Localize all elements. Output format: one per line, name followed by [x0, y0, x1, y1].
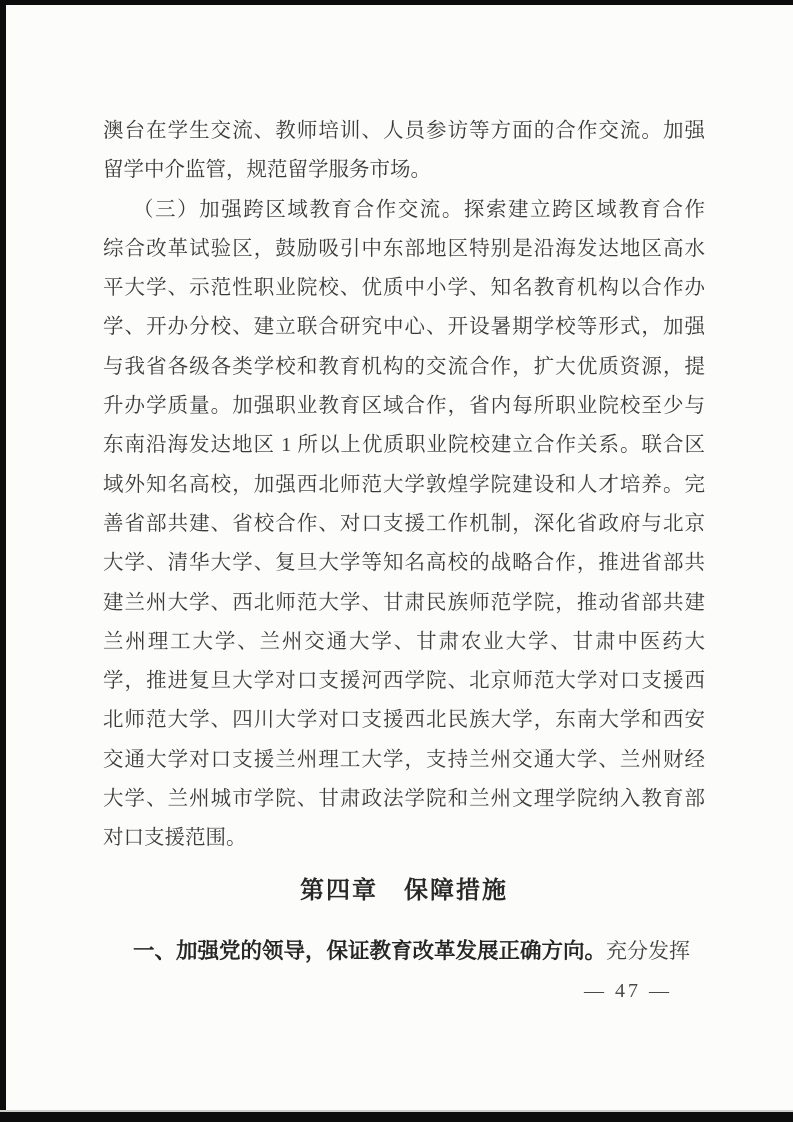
body-line: 大学、兰州城市学院、甘肃政法学院和兰州文理学院纳入教育部	[103, 780, 705, 819]
body-line: 平大学、示范性职业院校、优质中小学、知名教育机构以合作办	[103, 269, 705, 308]
closing-paragraph: 一、加强党的领导，保证教育改革发展正确方向。充分发挥	[103, 934, 705, 968]
body-line: 升办学质量。加强职业教育区域合作，省内每所职业院校至少与	[103, 387, 705, 426]
chapter-heading: 第四章 保障措施	[103, 874, 705, 908]
scanned-document-page: 澳台在学生交流、教师培训、人员参访等方面的合作交流。加强 留学中介监管，规范留学…	[0, 0, 793, 1122]
body-line: 兰州理工大学、兰州交通大学、甘肃农业大学、甘肃中医药大	[103, 623, 705, 662]
body-line: 学、开办分校、建立联合研究中心、开设暑期学校等形式，加强	[103, 308, 705, 347]
body-line: 善省部共建、省校合作、对口支援工作机制，深化省政府与北京	[103, 505, 705, 544]
body-line: 综合改革试验区，鼓励吸引中东部地区特别是沿海发达地区高水	[103, 230, 705, 269]
body-line: 大学、清华大学、复旦大学等知名高校的战略合作，推进省部共	[103, 544, 705, 583]
scan-border-bottom	[0, 1112, 793, 1122]
closing-rest: 充分发挥	[606, 939, 690, 963]
body-text: 澳台在学生交流、教师培训、人员参访等方面的合作交流。加强 留学中介监管，规范留学…	[103, 112, 705, 859]
closing-bold-lead: 一、加强党的领导，保证教育改革发展正确方向。	[133, 939, 606, 963]
body-line: 与我省各级各类学校和教育机构的交流合作，扩大优质资源，提	[103, 348, 705, 387]
page-number: — 47 —	[584, 980, 672, 1002]
scan-border-top	[0, 0, 793, 5]
body-line: 澳台在学生交流、教师培训、人员参访等方面的合作交流。加强	[103, 112, 705, 151]
body-line: 域外知名高校，加强西北师范大学敦煌学院建设和人才培养。完	[103, 466, 705, 505]
body-line-section-start: （三）加强跨区域教育合作交流。探索建立跨区域教育合作	[103, 191, 705, 230]
body-line: 东南沿海发达地区 1 所以上优质职业院校建立合作关系。联合区	[103, 426, 705, 465]
scan-border-left	[0, 0, 6, 1122]
section-lead: （三）加强跨区域教育合作交流。	[133, 199, 464, 221]
body-line: 交通大学对口支援兰州理工大学，支持兰州交通大学、兰州财经	[103, 741, 705, 780]
body-line: 建兰州大学、西北师范大学、甘肃民族师范学院，推动省部共建	[103, 584, 705, 623]
body-line: 留学中介监管，规范留学服务市场。	[103, 151, 705, 190]
body-line: 对口支援范围。	[103, 819, 705, 858]
body-line: 学，推进复旦大学对口支援河西学院、北京师范大学对口支援西	[103, 662, 705, 701]
section-first-line-rest: 探索建立跨区域教育合作	[464, 199, 705, 221]
body-line: 北师范大学、四川大学对口支援西北民族大学，东南大学和西安	[103, 701, 705, 740]
